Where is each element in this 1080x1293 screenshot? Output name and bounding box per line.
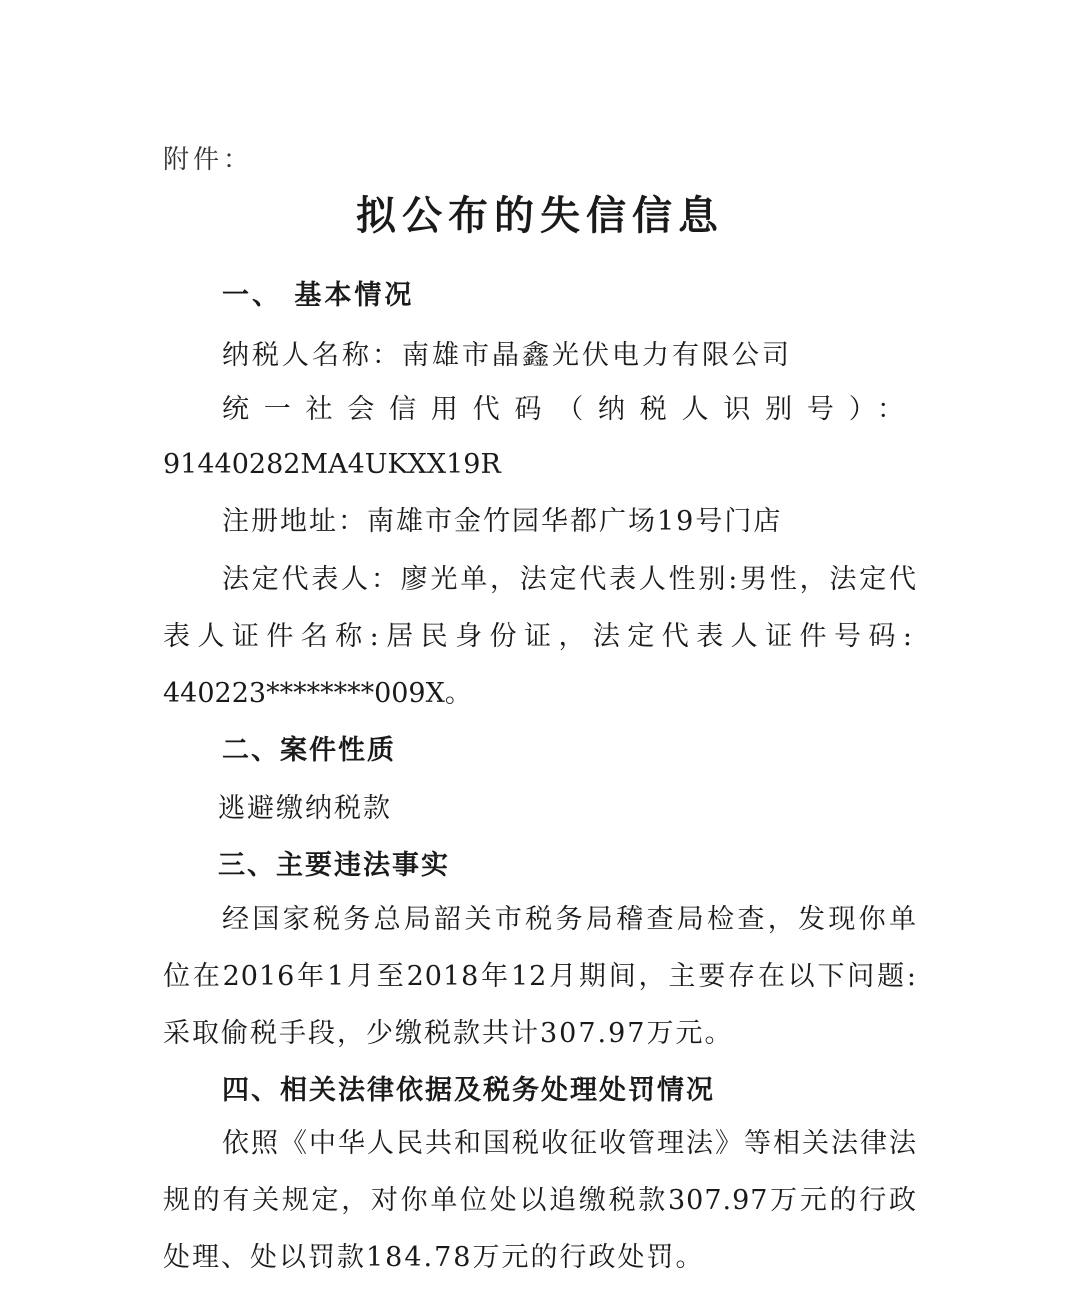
credit-code-value: 91440282MA4UKXX19R (163, 448, 501, 482)
taxpayer-name: 纳税人名称：南雄市晶鑫光伏电力有限公司 (222, 339, 792, 373)
legal-basis-line-1: 依照《中华人民共和国税收征收管理法》等相关法律法 (222, 1127, 917, 1161)
violation-facts-line-2: 位在2016年1月至2018年12月期间，主要存在以下问题: (163, 960, 917, 994)
legal-basis-line-2: 规的有关规定，对你单位处以追缴税款307.97万元的行政 (163, 1184, 917, 1218)
registered-address: 注册地址：南雄市金竹园华都广场19号门店 (222, 505, 782, 539)
legal-representative-id-type: 表人证件名称:居民身份证，法定代表人证件号码: (163, 620, 917, 654)
violation-facts-line-3: 采取偷税手段，少缴税款共计307.97万元。 (163, 1017, 733, 1051)
violation-facts-line-1: 经国家税务总局韶关市税务局稽查局检查，发现你单 (222, 903, 917, 937)
legal-representative-id-number: 440223********009X。 (163, 677, 472, 711)
legal-basis-line-3: 处理、处以罚款184.78万元的行政处罚。 (163, 1241, 704, 1275)
case-nature-value: 逃避缴纳税款 (218, 792, 392, 826)
document-title: 拟公布的失信信息 (0, 192, 1080, 240)
section-heading-legal-basis: 四、相关法律依据及税务处理处罚情况 (222, 1074, 715, 1108)
section-heading-violation-facts: 三、主要违法事实 (218, 849, 450, 883)
section-heading-basic-info: 一、 基本情况 (222, 279, 414, 313)
attachment-label: 附件： (163, 143, 253, 177)
legal-representative: 法定代表人：廖光单，法定代表人性别:男性，法定代 (222, 563, 917, 597)
section-heading-case-nature: 二、案件性质 (222, 734, 396, 768)
credit-code-label: 统一社会信用代码（纳税人识别号）： (222, 393, 917, 427)
